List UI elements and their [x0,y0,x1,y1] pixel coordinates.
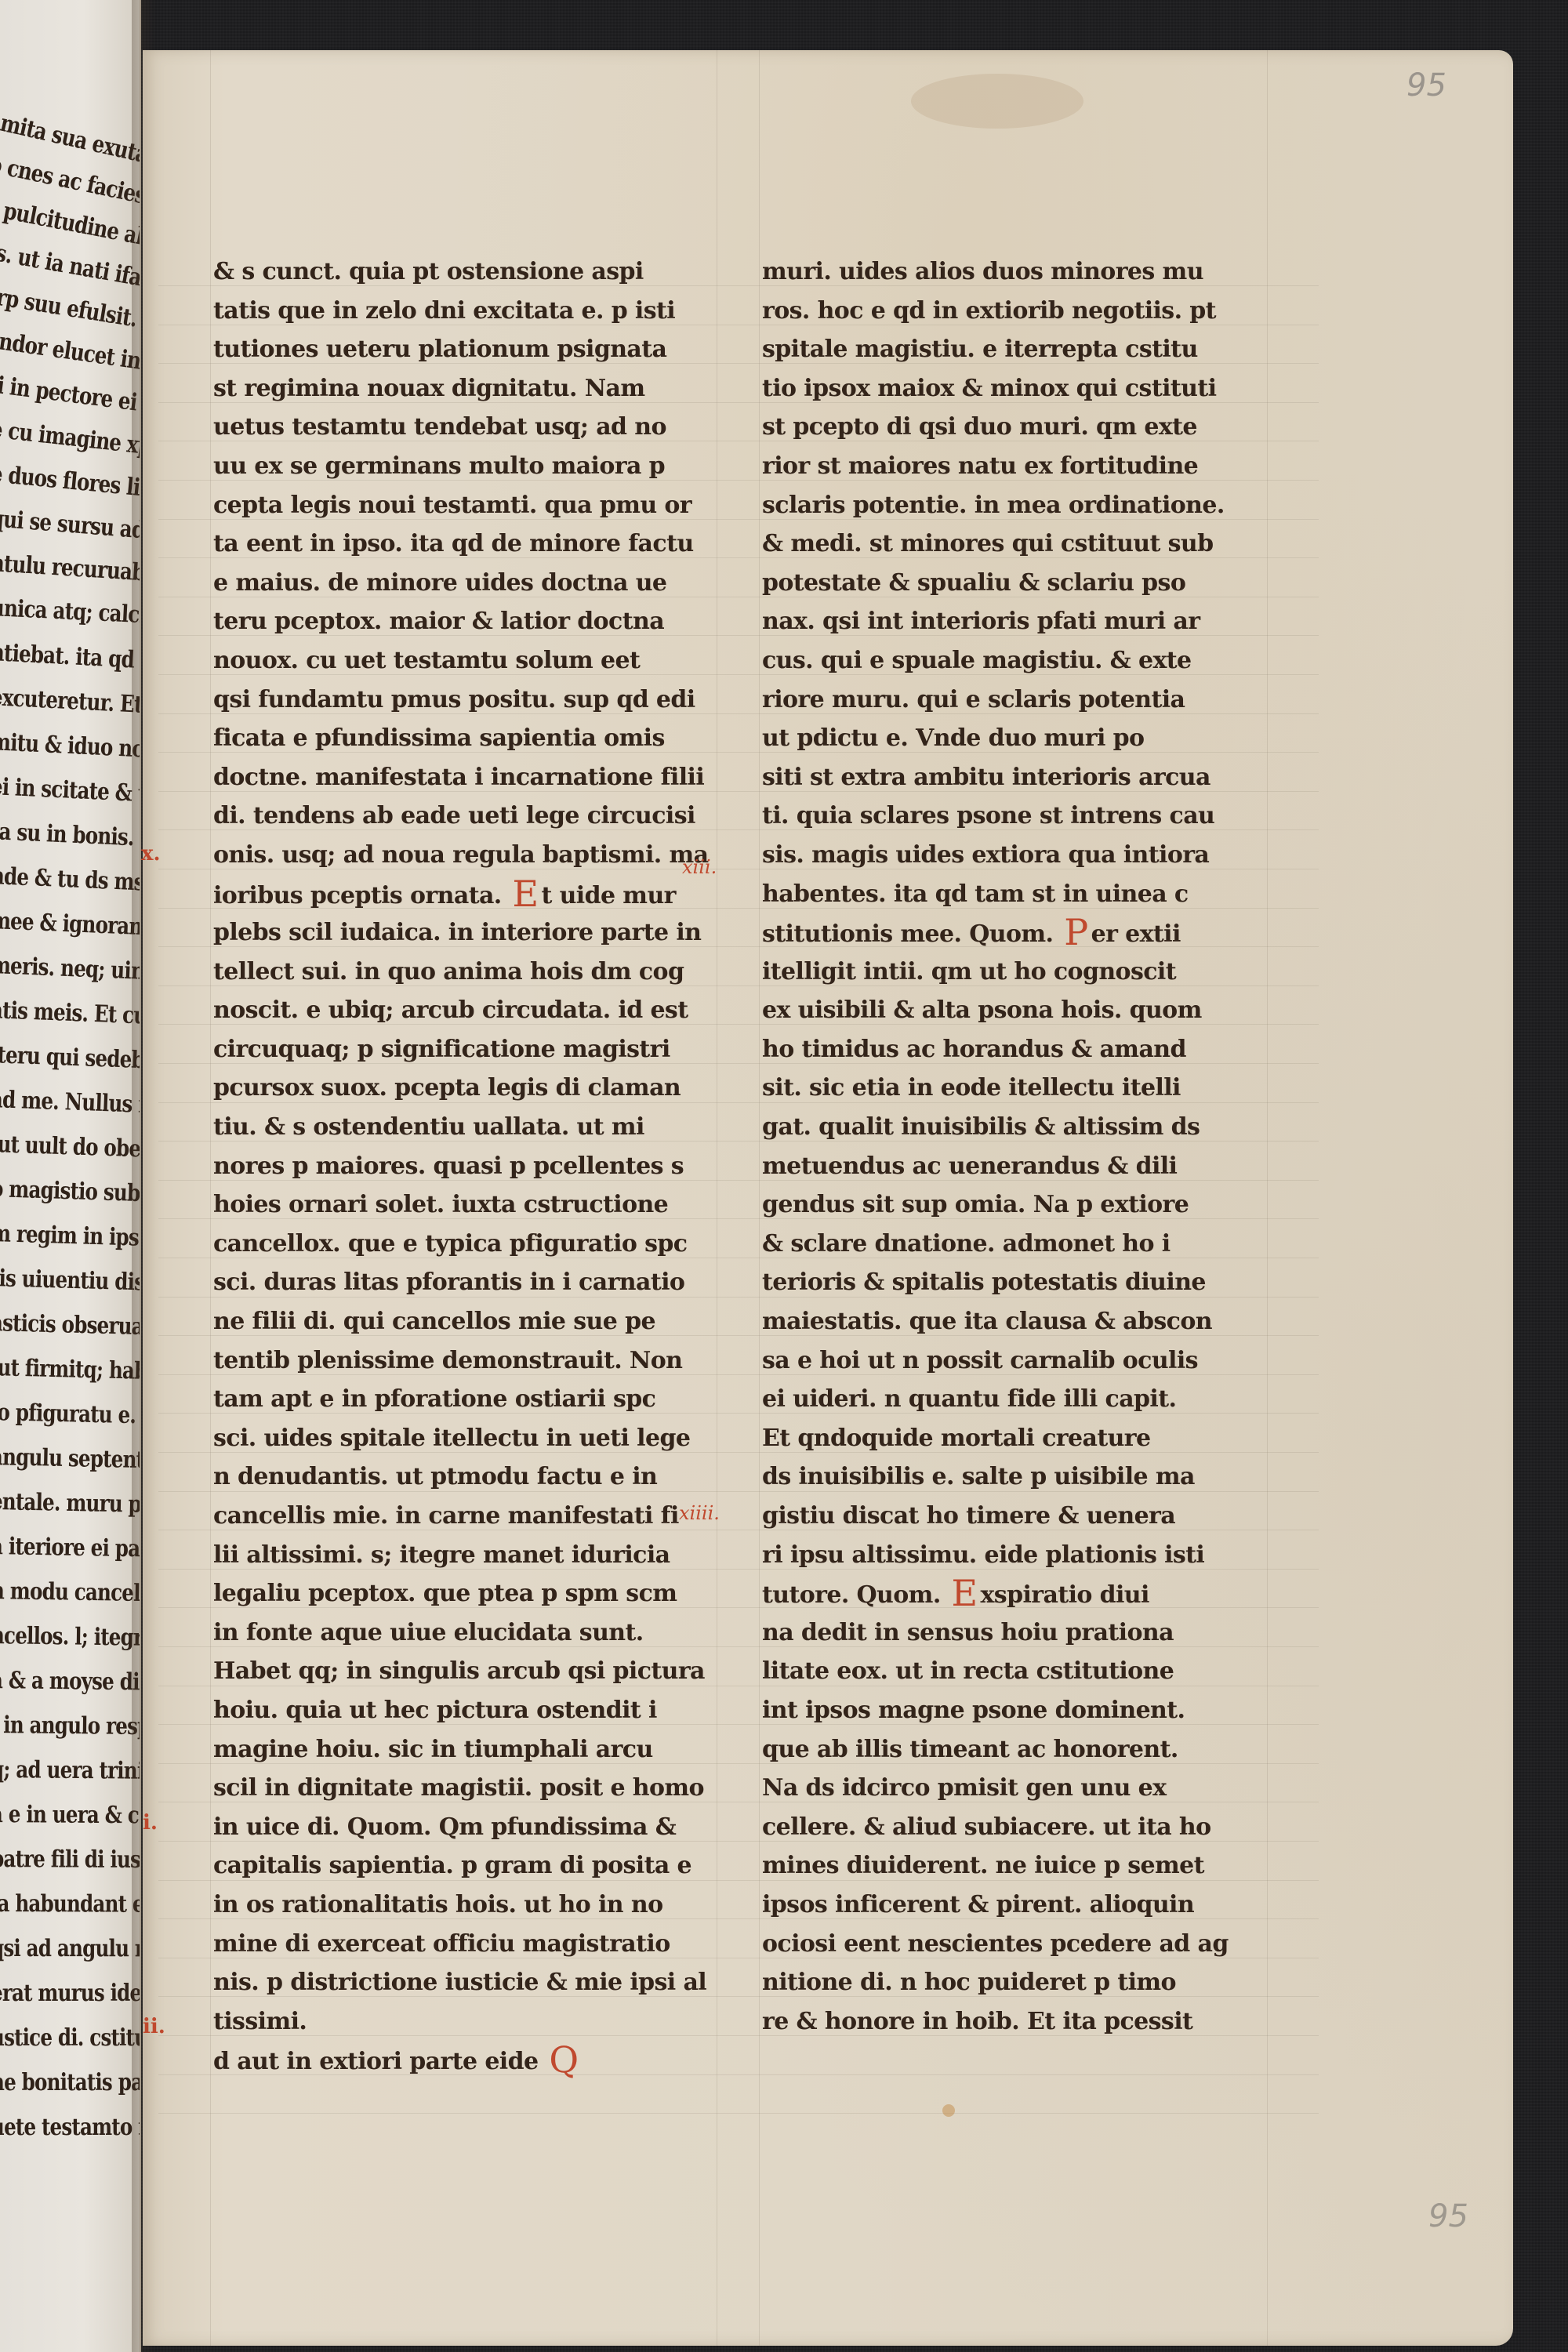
verso-line: ta su in bonis. & m [0,809,124,860]
verso-line: lo pfiguratu e. Hm [0,1390,124,1438]
manuscript-line: lii altissimi. s; itegre manet iduricia [213,1536,715,1575]
line-text: doctne. manifestata i incarnatione filii [213,764,704,791]
verso-line: i in angulo respicie [0,1703,123,1749]
manuscript-line: & s cunct. quia pt ostensione aspi [213,252,715,292]
line-text: qsi fundamtu pmus positu. sup qd edi [213,686,695,713]
manuscript-line: re & honore in hoib. Et ita pcessit [762,2002,1264,2042]
manuscript-line: ri ipsu altissimu. eide plationis isti [762,1536,1264,1575]
verso-line: mitu & iduo nobise f [0,720,124,771]
manuscript-line: itelligit intii. qm ut ho cognoscit [762,953,1264,992]
manuscript-line: in uice di. Quom. Qm pfundissima & [213,1808,715,1847]
line-text: ri ipsu altissimu. eide plationis isti [762,1541,1204,1569]
manuscript-line: mines diuiderent. ne iuice p semet [762,1846,1264,1886]
manuscript-line: doctne. manifestata i incarnatione filii [213,758,715,797]
manuscript-line: siti st extra ambitu interioris arcua [762,758,1264,797]
manuscript-line: ros. hoc e qd in extiorib negotiis. pt [762,292,1264,331]
verso-line: ei in scitate & uerita [0,764,124,815]
manuscript-line: sci. uides spitale itellectu in ueti leg… [213,1419,715,1458]
line-text: & medi. st minores qui cstituut sub [762,530,1214,557]
stain [911,74,1083,129]
manuscript-line: e maius. de minore uides doctna ue [213,564,715,603]
verso-marginal-rubric: i. [143,1811,158,1835]
manuscript-line: hoies ornari solet. iuxta cstructione [213,1185,715,1225]
line-text: itelligit intii. qm ut ho cognoscit [762,958,1176,985]
verso-line: q; ad uera trinitate [0,1748,123,1793]
rubric-initial: E [952,1572,978,1614]
ruling-line [1267,50,1268,2346]
line-text: tissimi. [213,2008,307,2035]
line-text: circuquaq; p significatione magistri [213,1036,670,1063]
line-text: di. tendens ab eade ueti lege circucisi [213,802,695,829]
manuscript-line: tutore. Quom. Exspiratio diui [762,1574,1264,1613]
manuscript-line: in os rationalitatis hois. ut ho in no [213,1886,715,1925]
line-text: re & honore in hoib. Et ita pcessit [762,2008,1192,2035]
manuscript-line: n denudantis. ut ptmodu factu e in [213,1457,715,1497]
line-text: pcursox suox. pcepta legis di claman [213,1074,681,1102]
line-text: hoies ornari solet. iuxta cstructione [213,1191,668,1218]
verso-line: ad me. Nullus f [0,1077,124,1127]
manuscript-line: noscit. e ubiq; arcub circudata. id est [213,991,715,1030]
line-text: cepta legis noui testamti. qua pmu or [213,492,691,519]
verso-line: iteru qui sedebat [0,1033,124,1082]
verso-line: qsi ad angulu respic [0,1926,123,1971]
rubric-initial: P [1064,911,1087,953]
line-text: stitutionis mee. Quom. [762,920,1053,948]
ruling-line [759,50,760,2346]
line-text: n denudantis. ut ptmodu factu e in [213,1463,657,1490]
manuscript-line: d aut in extiori parte eide Q [213,2041,715,2080]
line-text: sa e hoi ut n possit carnalib oculis [762,1347,1198,1374]
manuscript-line: ioribus pceptis ornata. Et uide mur [213,875,715,914]
manuscript-line: potestate & spualiu & sclariu pso [762,564,1264,603]
line-text: habentes. ita qd tam st in uinea c [762,880,1189,908]
line-text: spitale magistiu. e iterrepta cstitu [762,336,1198,363]
manuscript-line: ho timidus ac horandus & amand [762,1030,1264,1069]
manuscript-line: ne filii di. qui cancellos mie sue pe [213,1302,715,1341]
verso-line: nde & tu ds ms. di [0,854,124,904]
line-text: nitione di. n hoc puideret p timo [762,1969,1176,1996]
manuscript-line: sclaris potentie. in mea ordinatione. [762,486,1264,525]
line-text: riore muru. qui e sclaris potentia [762,686,1185,713]
verso-line: ntulu recuruabat. Vu [0,541,124,593]
line-text: ti. quia sclares psone st intrens cau [762,802,1214,829]
line-text: st pcepto di qsi duo muri. qm exte [762,413,1197,441]
line-text: in os rationalitatis hois. ut ho in no [213,1891,662,1918]
line-text: tutiones ueteru plationum psignata [213,336,666,363]
manuscript-line: st regimina nouax dignitatu. Nam [213,369,715,408]
manuscript-line: ex uisibili & alta psona hois. quom [762,991,1264,1030]
line-text: ex uisibili & alta psona hois. quom [762,996,1202,1024]
manuscript-line: ociosi eent nescientes pcedere ad ag [762,1925,1264,1964]
line-text: tatis que in zelo dni excitata e. p isti [213,297,675,325]
manuscript-line: litate eox. ut in recta cstitutione [762,1652,1264,1691]
ruling-line [158,2113,1319,2114]
verso-line: angulu septentrional [0,1435,123,1483]
line-text: lii altissimi. s; itegre manet iduricia [213,1541,670,1569]
manuscript-line: stitutionis mee. Quom. Per extii [762,913,1264,953]
manuscript-line: onis. usq; ad noua regula baptismi. ma [213,836,715,875]
manuscript-line: circuquaq; p significatione magistri [213,1030,715,1069]
line-text: tam apt e in pforatione ostiarii spc [213,1385,655,1413]
line-text: na dedit in sensus hoiu prationa [762,1619,1174,1646]
manuscript-line: legaliu pceptox. que ptea p spm scm [213,1574,715,1613]
manuscript-line: tissimi. [213,2002,715,2042]
manuscript-line: ds inuisibilis e. salte p uisibile ma [762,1457,1264,1497]
ruling-line [210,50,211,2346]
verso-line: tis uiuentiu dispo [0,1256,124,1305]
verso-line: ia habundant emis [0,1882,123,1927]
manuscript-line: hoiu. quia ut hec pictura ostendit i [213,1691,715,1730]
line-text: litate eox. ut in recta cstitutione [762,1657,1174,1685]
line-text: uetus testamtu tendebat usq; ad no [213,413,666,441]
verso-line: ncellos. l; itegru. ho [0,1613,123,1660]
verso-line: uete testamto firmat [0,2105,123,2150]
manuscript-line: ti. quia sclares psone st intrens cau [762,797,1264,836]
manuscript-line: sci. duras litas pforantis in i carnatio [213,1263,715,1302]
line-text: gistiu discat ho timere & uenera [762,1502,1175,1530]
line-text: xspiratio diui [981,1581,1149,1609]
line-text: cancellox. que e typica pfiguratio spc [213,1230,687,1258]
manuscript-line: ut pdictu e. Vnde duo muri po [762,719,1264,758]
manuscript-line: tentib plenissime demonstrauit. Non [213,1341,715,1381]
manuscript-line: cancellis mie. in carne manifestati fi [213,1497,715,1536]
manuscript-line: maiestatis. que ita clausa & abscon [762,1302,1264,1341]
line-text: teru pceptox. maior & latior doctna [213,608,664,635]
line-text: potestate & spualiu & sclariu pso [762,569,1185,597]
verso-line: lut firmitq; haben [0,1345,124,1393]
line-text: metuendus ac uenerandus & dili [762,1152,1177,1180]
manuscript-line: & sclare dnatione. admonet ho i [762,1225,1264,1264]
manuscript-line: di. tendens ab eade ueti lege circucisi [213,797,715,836]
line-text: nax. qsi int interioris pfati muri ar [762,608,1200,635]
line-text: que ab illis timeant ac honorent. [762,1736,1178,1763]
line-text: Na ds idcirco pmisit gen unu ex [762,1774,1166,1802]
line-text: in fonte aque uiue elucidata sunt. [213,1619,644,1646]
manuscript-line: teru pceptox. maior & latior doctna [213,602,715,641]
manuscript-line: plebs scil iudaica. in interiore parte i… [213,913,715,953]
verso-line: m regim in ipso pri [0,1211,124,1260]
manuscript-line: magine hoiu. sic in tiumphali arcu [213,1730,715,1769]
line-text: er extii [1091,920,1181,948]
manuscript-line: ei uideri. n quantu fide illi capit. [762,1380,1264,1419]
manuscript-line: tam apt e in pforatione ostiarii spc [213,1380,715,1419]
line-text: ut pdictu e. Vnde duo muri po [762,724,1144,752]
text-column-right: muri. uides alios duos minores muros. ho… [762,252,1264,2041]
manuscript-line: nitione di. n hoc puideret p timo [762,1963,1264,2002]
line-text: e maius. de minore uides doctna ue [213,569,666,597]
line-text: Et qndoquide mortali creature [762,1425,1151,1452]
line-text: siti st extra ambitu interioris arcua [762,764,1210,791]
facing-verso-page: clamita sua exuta fundito cnes ac facies… [0,0,141,2352]
manuscript-line: gat. qualit inuisibilis & altissim ds [762,1108,1264,1147]
verso-marginal-rubric: ii. [143,2015,165,2038]
manuscript-line: tutiones ueteru plationum psignata [213,330,715,369]
line-text: cancellis mie. in carne manifestati fi [213,1502,679,1530]
verso-line: a iteriore ei parte u [0,1524,123,1571]
line-text: Habet qq; in singulis arcub qsi pictura [213,1657,705,1685]
manuscript-line: tio ipsox maiox & minox qui cstituti [762,369,1264,408]
folio-number-top: 95 [1406,67,1446,103]
verso-line: asticis obseruation [0,1301,124,1348]
manuscript-line: muri. uides alios duos minores mu [762,252,1264,292]
line-text: terioris & spitalis potestatis diuine [762,1269,1206,1296]
manuscript-line: na dedit in sensus hoiu prationa [762,1613,1264,1653]
manuscript-line: ta eent in ipso. ita qd de minore factu [213,524,715,564]
line-text: nores p maiores. quasi p pcellentes s [213,1152,684,1180]
manuscript-line: gendus sit sup omia. Na p extiore [762,1185,1264,1225]
manuscript-line: ficata e pfundissima sapientia omis [213,719,715,758]
manuscript-line: nouox. cu uet testamtu solum eet [213,641,715,681]
rubric-initial: Q [549,2038,578,2081]
manuscript-line: sis. magis uides extiora qua intiora [762,836,1264,875]
manuscript-line: st pcepto di qsi duo muri. qm exte [762,408,1264,447]
manuscript-line: uu ex se germinans multo maiora p [213,447,715,486]
manuscript-line: uetus testamtu tendebat usq; ad no [213,408,715,447]
line-text: hoiu. quia ut hec pictura ostendit i [213,1697,657,1724]
verso-line: patre fili di iussus i [0,1837,123,1882]
line-text: plebs scil iudaica. in interiore parte i… [213,919,701,946]
verso-line: ne bonitatis patris omip [0,2060,123,2105]
line-text: maiestatis. que ita clausa & abscon [762,1308,1212,1335]
line-text: ficata e pfundissima sapientia omis [213,724,665,752]
manuscript-line: ipsos inficerent & pirent. alioquin [762,1886,1264,1925]
line-text: sci. duras litas pforantis in i carnatio [213,1269,684,1296]
manuscript-line: & medi. st minores qui cstituut sub [762,524,1264,564]
line-text: sis. magis uides extiora qua intiora [762,841,1209,869]
verso-line: entale. muru paries [0,1479,123,1526]
verso-marginal-rubric: x. [141,842,161,866]
manuscript-line: nores p maiores. quasi p pcellentes s [213,1147,715,1186]
verso-line: atis meis. Et cu ho [0,988,124,1037]
manuscript-line: habentes. ita qd tam st in uinea c [762,875,1264,914]
manuscript-line: cepta legis noui testamti. qua pmu or [213,486,715,525]
line-text: & s cunct. quia pt ostensione aspi [213,258,644,285]
manuscript-line: cellere. & aliud subiacere. ut ita ho [762,1808,1264,1847]
line-text: ta eent in ipso. ita qd de minore factu [213,530,694,557]
marginal-numeral: xiiii. [679,1502,720,1524]
manuscript-line: in fonte aque uiue elucidata sunt. [213,1613,715,1653]
verso-line: a & a moyse diabolo [0,1658,123,1704]
line-text: ros. hoc e qd in extiorib negotiis. pt [762,297,1216,325]
manuscript-line: cus. qui e spuale magistiu. & exte [762,641,1264,681]
verso-line: unica atq; calciamta [0,586,124,637]
manuscript-line: pcursox suox. pcepta legis di claman [213,1069,715,1108]
verso-line: ntiebat. ita qd pulus [0,630,124,682]
stain [942,2104,955,2117]
line-text: t uide mur [541,882,675,909]
line-text: nouox. cu uet testamtu solum eet [213,647,640,674]
manuscript-line: rior st maiores natu ex fortitudine [762,447,1264,486]
manuscript-line: Na ds idcirco pmisit gen unu ex [762,1769,1264,1808]
line-text: legaliu pceptox. que ptea p spm scm [213,1580,677,1607]
line-text: d aut in extiori parte eide [213,2048,538,2075]
line-text: onis. usq; ad noua regula baptismi. ma [213,841,708,869]
folio-number-bottom: 95 [1428,2198,1468,2234]
verso-line: mee & ignorantia [0,898,124,949]
line-text: muri. uides alios duos minores mu [762,258,1203,285]
line-text: ho timidus ac horandus & amand [762,1036,1186,1063]
line-text: sit. sic etia in eode itellectu itelli [762,1074,1181,1102]
manuscript-line: nax. qsi int interioris pfati muri ar [762,602,1264,641]
line-text: ds inuisibilis e. salte p uisibile ma [762,1463,1195,1490]
text-column-left: & s cunct. quia pt ostensione aspitatis … [213,252,715,2080]
line-text: tentib plenissime demonstrauit. Non [213,1347,682,1374]
line-text: noscit. e ubiq; arcub circudata. id est [213,996,688,1024]
line-text: int ipsos magne psone dominent. [762,1697,1185,1724]
manuscript-line: int ipsos magne psone dominent. [762,1691,1264,1730]
line-text: ne filii di. qui cancellos mie sue pe [213,1308,655,1335]
manuscript-line: sa e hoi ut n possit carnalib oculis [762,1341,1264,1381]
line-text: capitalis sapientia. p gram di posita e [213,1852,691,1879]
ruling-line [717,50,717,2346]
manuscript-line: scil in dignitate magistii. posit e homo [213,1769,715,1808]
manuscript-line: metuendus ac uenerandus & dili [762,1147,1264,1186]
line-text: nis. p districtione iusticie & mie ipsi … [213,1969,706,1996]
line-text: & sclare dnatione. admonet ho i [762,1230,1171,1258]
line-text: ociosi eent nescientes pcedere ad ag [762,1930,1229,1958]
marginal-numeral: xiii. [682,856,717,878]
verso-line: ustice di. cstituto [0,2016,123,2060]
manuscript-line: capitalis sapientia. p gram di posita e [213,1846,715,1886]
line-text: ioribus pceptis ornata. [213,882,502,909]
manuscript-line: terioris & spitalis potestatis diuine [762,1263,1264,1302]
manuscript-line: riore muru. qui e sclaris potentia [762,681,1264,720]
line-text: tio ipsox maiox & minox qui cstituti [762,375,1216,402]
verso-line: erat murus ide ist [0,1971,123,2016]
manuscript-line: qsi fundamtu pmus positu. sup qd edi [213,681,715,720]
manuscript-line: sit. sic etia in eode itellectu itelli [762,1069,1264,1108]
verso-line: lut uult do obedire [0,1122,124,1171]
manuscript-line: Habet qq; in singulis arcub qsi pictura [213,1652,715,1691]
line-text: tiu. & s ostendentiu uallata. ut mi [213,1113,644,1141]
line-text: uu ex se germinans multo maiora p [213,452,665,480]
line-text: tutore. Quom. [762,1581,941,1609]
manuscript-line: spitale magistiu. e iterrepta cstitu [762,330,1264,369]
line-text: mines diuiderent. ne iuice p semet [762,1852,1204,1879]
line-text: ei uideri. n quantu fide illi capit. [762,1385,1176,1413]
manuscript-line: tiu. & s ostendentiu uallata. ut mi [213,1108,715,1147]
manuscript-line: tellect sui. in quo anima hois dm cog [213,953,715,992]
manuscript-line: cancellox. que e typica pfiguratio spc [213,1225,715,1264]
line-text: scil in dignitate magistii. posit e homo [213,1774,704,1802]
recto-page: 95 95 & s cunct. quia pt ostensione aspi… [143,50,1513,2346]
manuscript-line: tatis que in zelo dni excitata e. p isti [213,292,715,331]
line-text: magine hoiu. sic in tiumphali arcu [213,1736,653,1763]
line-text: gat. qualit inuisibilis & altissim ds [762,1113,1200,1141]
line-text: gendus sit sup omia. Na p extiore [762,1191,1189,1218]
line-text: st regimina nouax dignitatu. Nam [213,375,645,402]
manuscript-line: que ab illis timeant ac honorent. [762,1730,1264,1769]
line-text: rior st maiores natu ex fortitudine [762,452,1198,480]
verso-line: excuteretur. Et au [0,675,124,726]
verso-line: a e in uera & catholi [0,1792,123,1838]
manuscript-line: mine di exerceat officiu magistratio [213,1925,715,1964]
line-text: ipsos inficerent & pirent. alioquin [762,1891,1194,1918]
line-text: sclaris potentie. in mea ordinatione. [762,492,1225,519]
verso-line: meris. neq; uindic [0,943,124,993]
line-text: cus. qui e spuale magistiu. & exte [762,647,1192,674]
line-text: mine di exerceat officiu magistratio [213,1930,670,1958]
line-text: tellect sui. in quo anima hois dm cog [213,958,684,985]
line-text: sci. uides spitale itellectu in ueti leg… [213,1425,690,1452]
verso-text-block: clamita sua exuta fundito cnes ac facies… [0,94,141,2150]
verso-line: n modu cancellos [0,1569,123,1616]
manuscript-line: nis. p districtione iusticie & mie ipsi … [213,1963,715,2002]
manuscript-line: gistiu discat ho timere & uenera [762,1497,1264,1536]
line-text: cellere. & aliud subiacere. ut ita ho [762,1813,1211,1841]
verso-line: o magistio subiac [0,1167,124,1215]
manuscript-line: Et qndoquide mortali creature [762,1419,1264,1458]
rubric-initial: E [513,873,539,915]
line-text: in uice di. Quom. Qm pfundissima & [213,1813,676,1841]
